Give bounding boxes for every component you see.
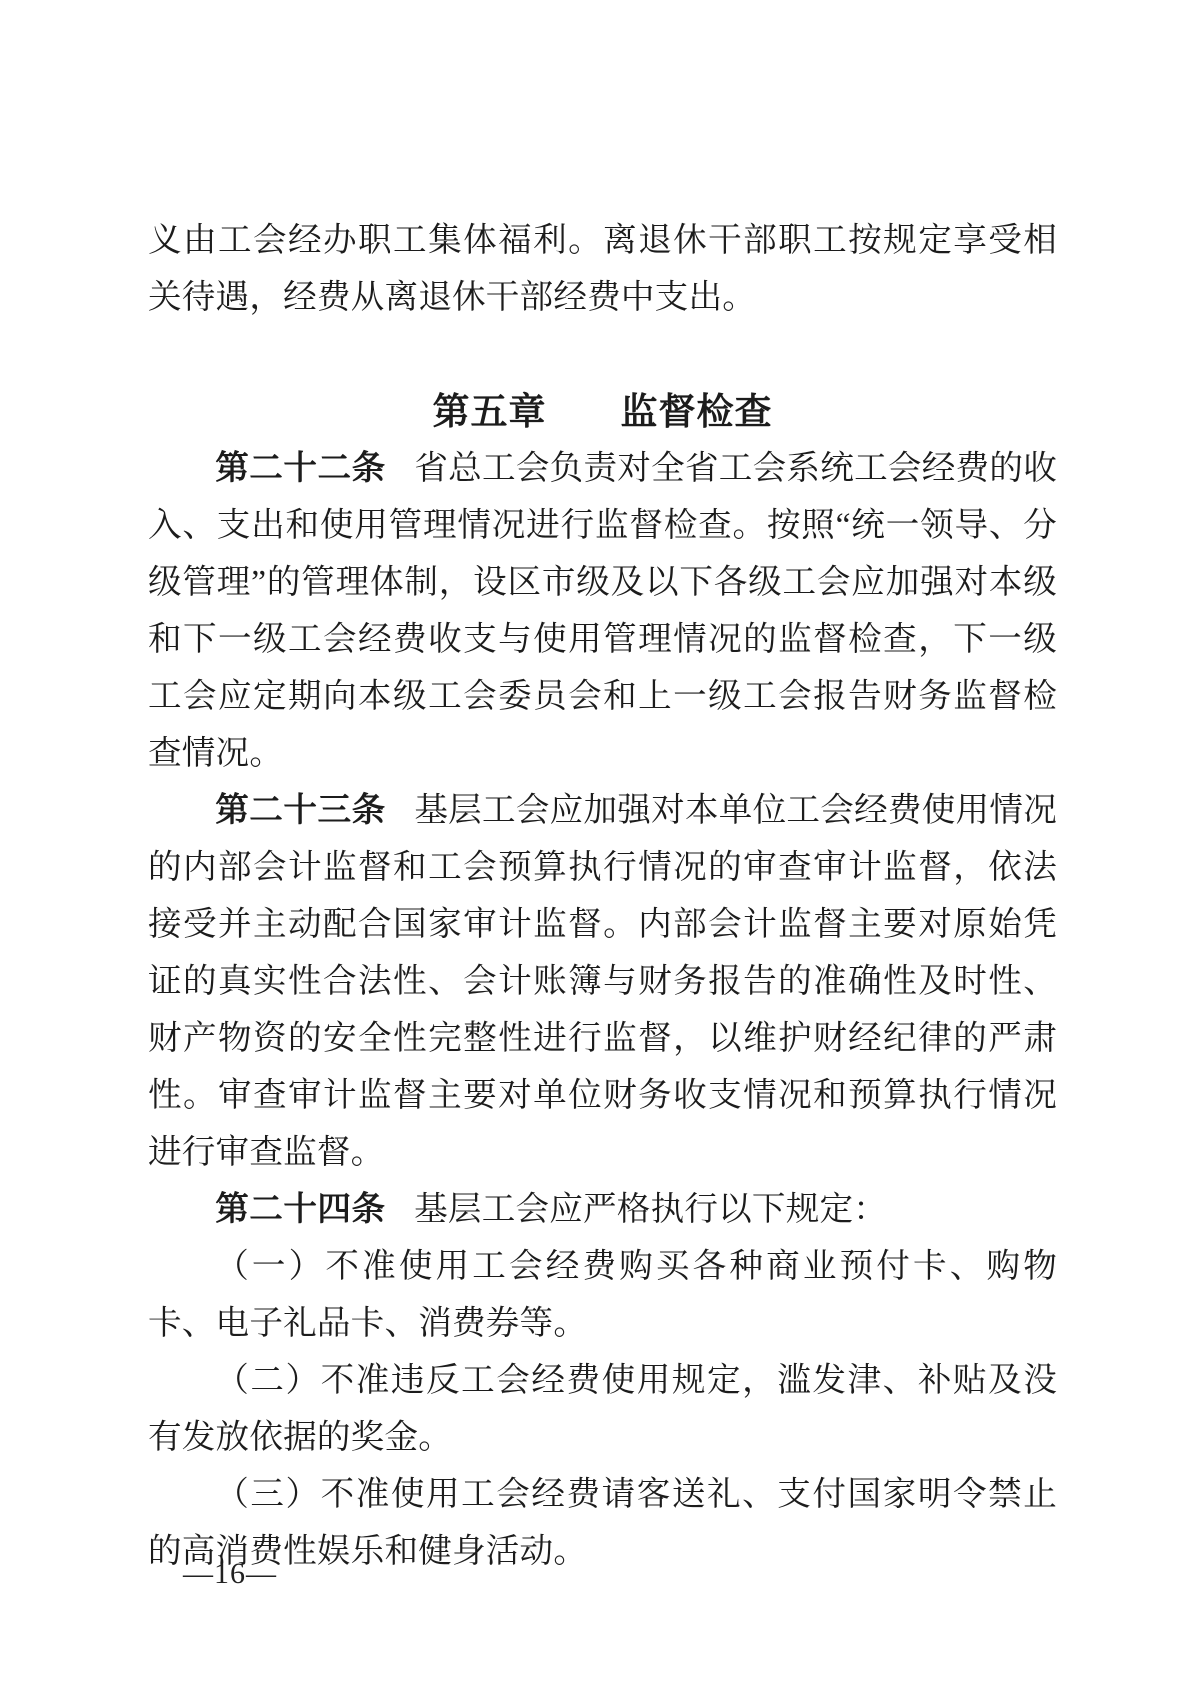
rule-item-2: （二）不准违反工会经费使用规定，滥发津、补贴及没有发放依据的奖金。 <box>148 1352 1057 1466</box>
chapter-heading: 第五章 监督检查 <box>148 383 1057 440</box>
article-22-paragraph: 第二十二条省总工会负责对全省工会系统工会经费的收入、支出和使用管理情况进行监督检… <box>148 440 1057 782</box>
article-23-label: 第二十三条 <box>215 792 386 829</box>
article-23-paragraph: 第二十三条基层工会应加强对本单位工会经费使用情况的内部会计监督和工会预算执行情况… <box>148 782 1057 1181</box>
article-24-label: 第二十四条 <box>215 1191 385 1228</box>
continuation-paragraph: 义由工会经办职工集体福利。离退休干部职工按规定享受相关待遇，经费从离退休干部经费… <box>148 212 1057 326</box>
article-24-paragraph: 第二十四条基层工会应严格执行以下规定： <box>148 1181 1057 1238</box>
document-body: 义由工会经办职工集体福利。离退休干部职工按规定享受相关待遇，经费从离退休干部经费… <box>148 212 1057 1580</box>
chapter-number: 第五章 <box>433 383 547 440</box>
rule-item-1: （一）不准使用工会经费购买各种商业预付卡、购物卡、电子礼品卡、消费券等。 <box>148 1238 1057 1352</box>
document-page: 义由工会经办职工集体福利。离退休干部职工按规定享受相关待遇，经费从离退休干部经费… <box>0 0 1199 1696</box>
page-number: —16— <box>183 1556 277 1592</box>
article-24-text: 基层工会应严格执行以下规定： <box>414 1191 887 1228</box>
chapter-title: 监督检查 <box>621 383 773 440</box>
rule-item-3: （三）不准使用工会经费请客送礼、支付国家明令禁止的高消费性娱乐和健身活动。 <box>148 1466 1057 1580</box>
article-22-label: 第二十二条 <box>215 450 386 487</box>
article-22-text: 省总工会负责对全省工会系统工会经费的收入、支出和使用管理情况进行监督检查。按照“… <box>148 450 1057 772</box>
article-23-text: 基层工会应加强对本单位工会经费使用情况的内部会计监督和工会预算执行情况的审查审计… <box>148 792 1057 1171</box>
